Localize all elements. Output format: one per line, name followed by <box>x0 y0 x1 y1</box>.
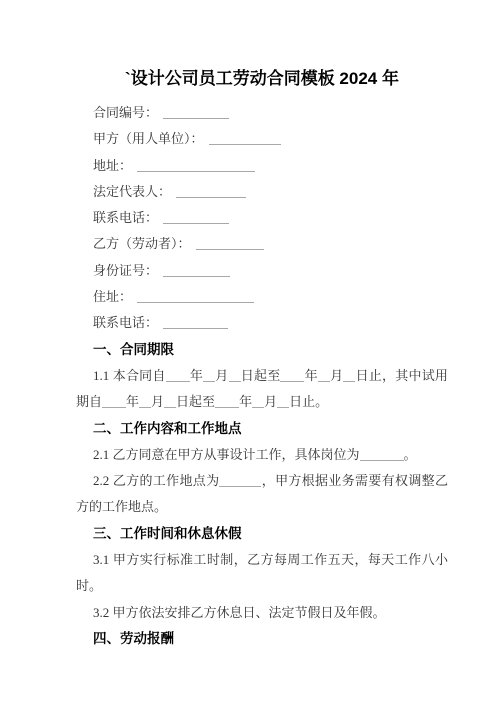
field-row: 甲方（用人单位）： <box>76 126 448 152</box>
blank-underline <box>280 369 304 382</box>
field-label: 地址： <box>93 158 132 173</box>
blank-underline <box>163 211 229 224</box>
clause-text: 1.1 本合同自 <box>93 368 166 383</box>
clause-text: 年 <box>239 394 252 409</box>
blank-underline <box>318 369 330 382</box>
field-row: 联系电话： <box>76 205 448 231</box>
blank-underline <box>166 369 190 382</box>
contract-clause: 3.2 甲方依法安排乙方休息日、法定节假日及年假。 <box>76 600 448 626</box>
clause-text: 年 <box>304 368 317 383</box>
clause-text: 3.2 甲方依法安排乙方休息日、法定节假日及年假。 <box>93 605 386 620</box>
contract-clause: 2.1 乙方同意在甲方从事设计工作，具体岗位为。 <box>76 442 448 468</box>
field-row: 身份证号： <box>76 258 448 284</box>
section-heading: 四、劳动报酬 <box>76 626 448 652</box>
contract-document-page: `设计公司员工劳动合同模板 2024 年 合同编号：甲方（用人单位）：地址：法定… <box>0 0 500 707</box>
blank-underline <box>215 395 239 408</box>
contract-clause: 3.1 甲方实行标准工时制，乙方每周工作五天，每天工作八小时。 <box>76 547 448 600</box>
field-label: 合同编号： <box>93 105 158 120</box>
clause-text: 。 <box>404 447 417 462</box>
blank-underline <box>176 185 246 198</box>
clause-text: 月 <box>264 394 277 409</box>
field-row: 法定代表人： <box>76 179 448 205</box>
blank-underline <box>163 316 228 329</box>
field-label: 住址： <box>93 289 132 304</box>
field-row: 住址： <box>76 284 448 310</box>
blank-underline <box>252 395 264 408</box>
field-label: 甲方（用人单位）： <box>93 131 204 146</box>
field-row: 地址： <box>76 153 448 179</box>
field-row: 乙方（劳动者）： <box>76 231 448 257</box>
blank-underline <box>137 290 254 303</box>
blank-underline <box>219 474 261 487</box>
blank-underline <box>229 369 241 382</box>
field-label: 联系电话： <box>93 210 158 225</box>
blank-underline <box>196 237 264 250</box>
document-title: `设计公司员工劳动合同模板 2024 年 <box>76 66 448 92</box>
field-row: 联系电话： <box>76 310 448 336</box>
clause-text: 2.1 乙方同意在甲方从事设计工作，具体岗位为 <box>93 447 360 462</box>
blank-underline <box>137 159 255 172</box>
party-info-field-list: 合同编号：甲方（用人单位）：地址：法定代表人：联系电话：乙方（劳动者）：身份证号… <box>76 100 448 337</box>
clause-text: 3.1 甲方实行标准工时制，乙方每周工作五天，每天工作八小时。 <box>76 552 448 593</box>
clause-text: 日起至 <box>241 368 281 383</box>
clause-text: 月 <box>151 394 164 409</box>
field-label: 乙方（劳动者）： <box>93 236 191 251</box>
section-heading: 一、合同期限 <box>76 337 448 363</box>
contract-clause: 2.2 乙方的工作地点为，甲方根据业务需要有权调整乙方的工作地点。 <box>76 468 448 521</box>
blank-underline <box>277 395 289 408</box>
contract-clause: 1.1 本合同自年月日起至年月日止，其中试用期自年月日起至年月日止。 <box>76 363 448 416</box>
field-label: 法定代表人： <box>93 184 171 199</box>
clause-text: 年 <box>126 394 139 409</box>
section-heading: 二、工作内容和工作地点 <box>76 416 448 442</box>
field-row: 合同编号： <box>76 100 448 126</box>
blank-underline <box>163 264 230 277</box>
clause-text: 年 <box>190 368 203 383</box>
clause-text: 2.2 乙方的工作地点为 <box>93 473 219 488</box>
clause-text: 日起至 <box>176 394 215 409</box>
blank-underline <box>102 395 126 408</box>
blank-underline <box>343 369 355 382</box>
clause-text: 月 <box>330 368 343 383</box>
blank-underline <box>203 369 215 382</box>
field-label: 联系电话： <box>93 315 158 330</box>
clause-text: 月 <box>215 368 228 383</box>
blank-underline <box>139 395 151 408</box>
blank-underline <box>209 132 281 145</box>
contract-sections: 一、合同期限1.1 本合同自年月日起至年月日止，其中试用期自年月日起至年月日止。… <box>76 337 448 653</box>
blank-underline <box>360 448 404 461</box>
clause-text: 日止。 <box>289 394 328 409</box>
field-label: 身份证号： <box>93 263 158 278</box>
section-heading: 三、工作时间和休息休假 <box>76 521 448 547</box>
blank-underline <box>163 106 229 119</box>
blank-underline <box>164 395 176 408</box>
